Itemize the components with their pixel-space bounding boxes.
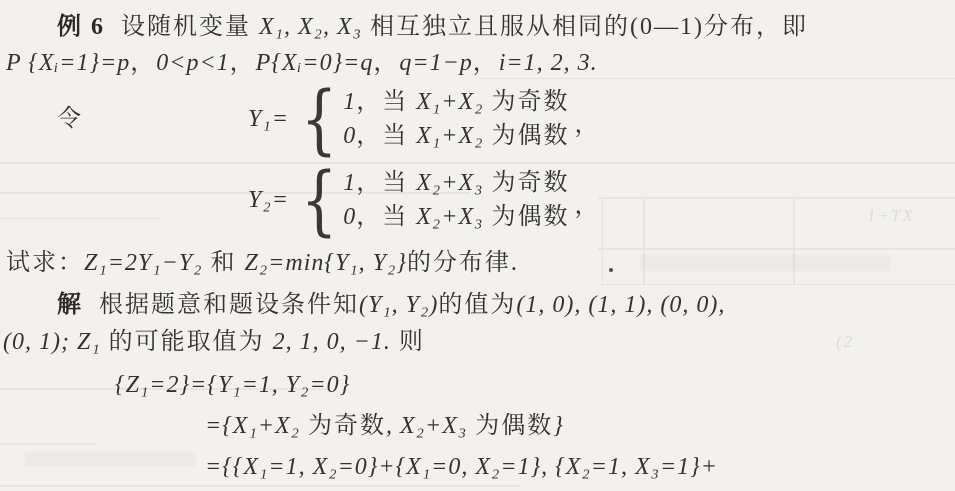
y2-case-even: 0，当 X₂+X₃ 为偶数 (343, 200, 569, 234)
bleed-line (598, 248, 955, 250)
bleed-line (0, 443, 95, 445)
solution-eq-2: ={X₁+X₂ 为奇数, X₂+X₃ 为偶数} (205, 411, 564, 441)
y1-case-odd: 1，当 X₁+X₂ 为奇数 (343, 85, 569, 119)
cases-trailing-comma: ， (574, 104, 598, 139)
y2-cases-rows: 1，当 X₂+X₃ 为奇数 0，当 X₂+X₃ 为偶数 (343, 166, 569, 234)
textbook-page: 1+TX (2 例 6 设随机变量 X₁, X₂, X₃ 相互独立且服从相同的(… (0, 0, 955, 491)
y2-definition: Y₂= { 1，当 X₂+X₃ 为奇数 0，当 X₂+X₃ 为偶数 ， (248, 165, 598, 235)
left-brace-icon: { (301, 165, 337, 235)
solution-eq-3: ={{X₁=1, X₂=0}+{X₁=0, X₂=1}, {X₂=1, X₃=1… (205, 452, 718, 482)
y1-cases-rows: 1，当 X₁+X₂ 为奇数 0，当 X₁+X₂ 为偶数 (343, 85, 569, 153)
bleed-smudge (25, 452, 195, 466)
bleed-line (0, 162, 955, 164)
problem-ask-line: 试求：Z₁=2Y₁−Y₂ 和 Z₂=min{Y₁, Y₂}的分布律. (6, 248, 519, 278)
y1-definition: Y₁= { 1，当 X₁+X₂ 为奇数 0，当 X₁+X₂ 为偶数 ， (248, 84, 598, 154)
solution-line-1: 解 根据题意和题设条件知(Y₁, Y₂)的值为(1, 0), (1, 1), (… (57, 290, 725, 320)
bleed-text: 1+TX (867, 206, 915, 226)
problem-intro-line: 例 6 设随机变量 X₁, X₂, X₃ 相互独立且服从相同的(0—1)分布，即 (57, 12, 808, 42)
let-word: 令 (57, 104, 83, 134)
bleed-line (0, 485, 520, 487)
bleed-line (643, 197, 645, 285)
solution-line-2: (0, 1); Z₁ 的可能取值为 2, 1, 0, −1. 则 (3, 327, 425, 357)
bleed-text: (2 (836, 332, 854, 352)
y1-lhs: Y₁= (248, 106, 289, 133)
bleed-line (0, 218, 160, 219)
left-brace-icon: { (301, 84, 337, 154)
bleed-smudge (640, 255, 890, 271)
bleed-line (480, 78, 955, 79)
ink-speck (609, 268, 613, 272)
y2-case-odd: 1，当 X₂+X₃ 为奇数 (343, 166, 569, 200)
bleed-line (793, 197, 795, 285)
bleed-line (598, 284, 955, 285)
y1-case-even: 0，当 X₁+X₂ 为偶数 (343, 119, 569, 153)
bleed-line (598, 197, 955, 199)
solution-eq-1: {Z₁=2}={Y₁=1, Y₂=0} (115, 370, 350, 400)
cases-trailing-comma: ， (574, 185, 598, 220)
bleed-line (602, 197, 603, 285)
y2-lhs: Y₂= (248, 187, 289, 214)
